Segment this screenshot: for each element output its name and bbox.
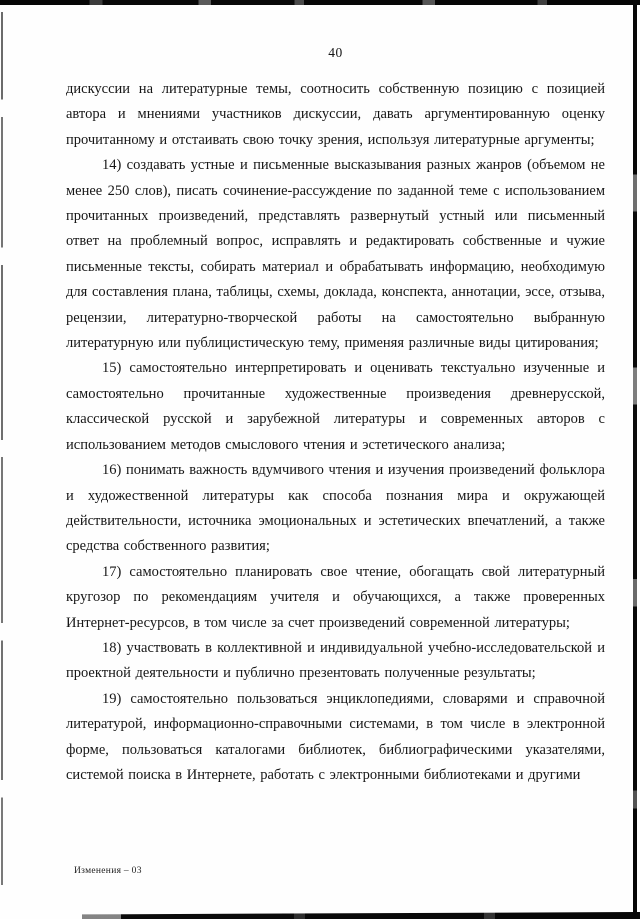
paragraph-item-19: 19) самостоятельно пользоваться энциклоп…	[66, 687, 605, 789]
scanned-document-page: 40 дискуссии на литературные темы, соотн…	[0, 0, 640, 919]
scan-artifact-top-edge	[0, 0, 640, 5]
document-body: дискуссии на литературные темы, соотноси…	[66, 77, 605, 788]
paragraph-item-14: 14) создавать устные и письменные высказ…	[66, 153, 605, 356]
paragraph-item-16: 16) понимать важность вдумчивого чтения …	[66, 458, 605, 560]
paragraph-continuation: дискуссии на литературные темы, соотноси…	[66, 77, 605, 153]
scan-artifact-left-edge	[1, 12, 3, 885]
paragraph-item-18: 18) участвовать в коллективной и индивид…	[66, 636, 605, 687]
paragraph-item-17: 17) самостоятельно планировать свое чтен…	[66, 560, 605, 636]
footer-revision-label: Изменения – 03	[74, 866, 142, 876]
paragraph-item-15: 15) самостоятельно интерпретировать и оц…	[66, 356, 605, 458]
scan-artifact-bottom-edge	[82, 912, 640, 919]
page-number: 40	[66, 45, 605, 61]
scan-artifact-right-edge	[633, 0, 637, 919]
